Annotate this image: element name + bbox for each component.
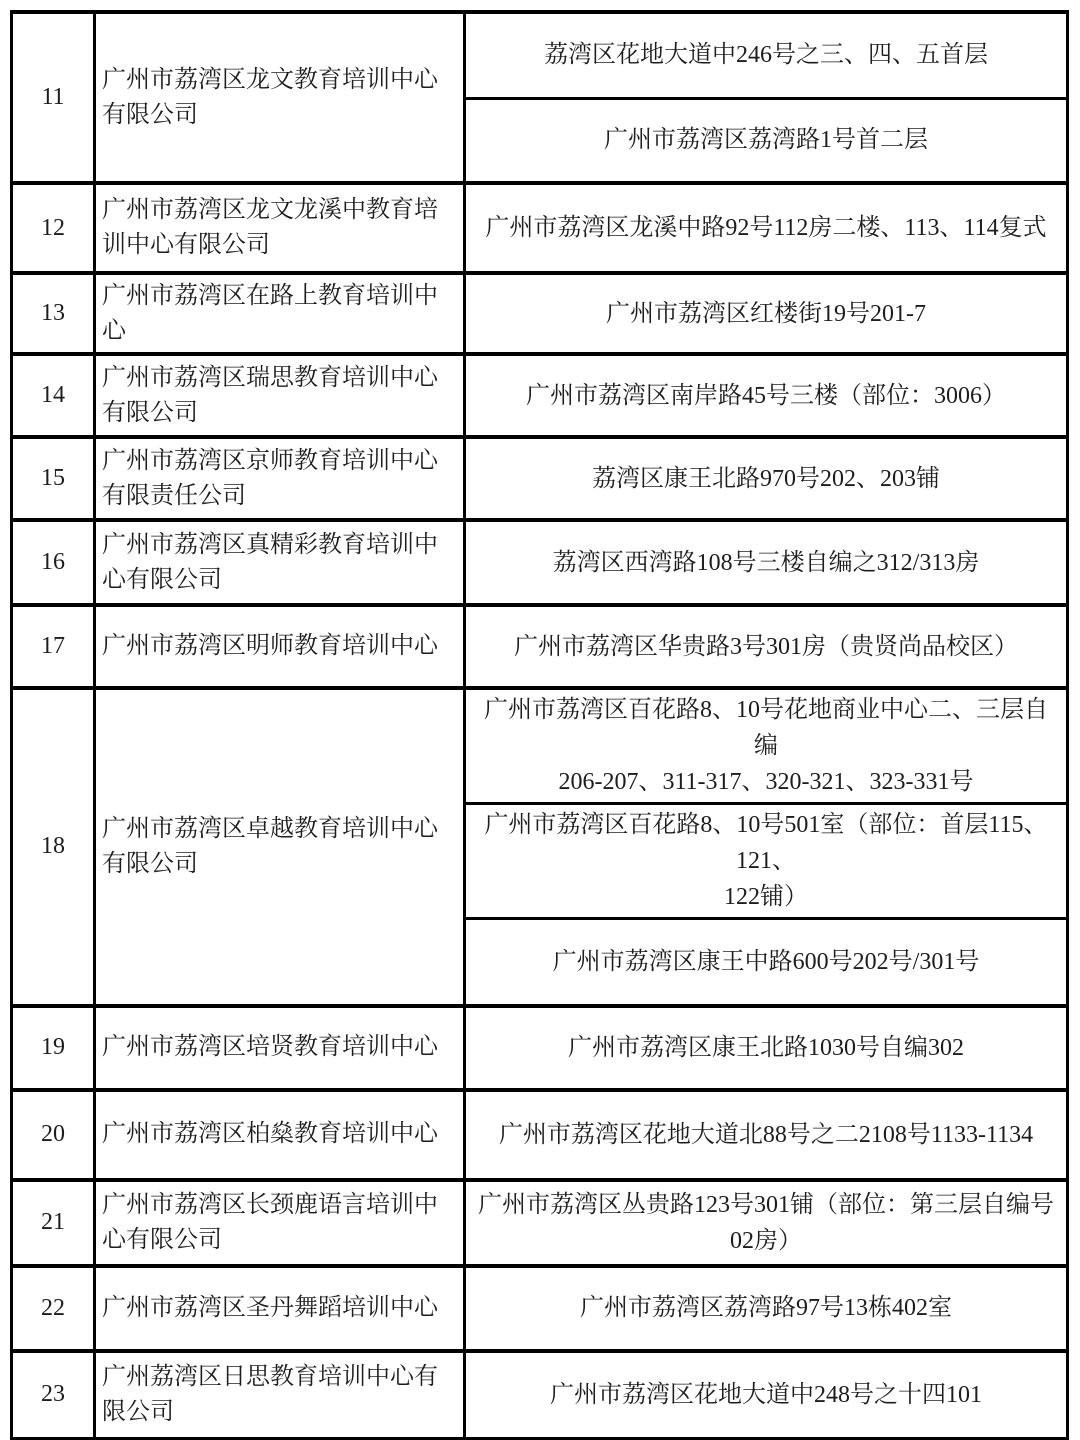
institution-address: 广州市荔湾区百花路8、10号501室（部位：首层115、121、 122铺） [465, 804, 1068, 919]
table-row: 19广州市荔湾区培贤教育培训中心广州市荔湾区康王北路1030号自编302 [12, 1006, 1068, 1090]
institution-name: 广州荔湾区日思教育培训中心有限公司 [95, 1351, 465, 1439]
institution-name: 广州市荔湾区柏燊教育培训中心 [95, 1090, 465, 1180]
institution-name: 广州市荔湾区圣丹舞蹈培训中心 [95, 1266, 465, 1351]
institution-name: 广州市荔湾区真精彩教育培训中心有限公司 [95, 520, 465, 605]
table-row: 21广州市荔湾区长颈鹿语言培训中心有限公司广州市荔湾区丛贵路123号301铺（部… [12, 1180, 1068, 1266]
institution-address: 荔湾区花地大道中246号之三、四、五首层 [465, 12, 1068, 98]
table-row: 22广州市荔湾区圣丹舞蹈培训中心广州市荔湾区荔湾路97号13栋402室 [12, 1266, 1068, 1351]
institution-address: 广州市荔湾区南岸路45号三楼（部位：3006） [465, 354, 1068, 437]
institution-name: 广州市荔湾区培贤教育培训中心 [95, 1006, 465, 1090]
row-number: 13 [12, 273, 95, 354]
institution-address: 广州市荔湾区百花路8、10号花地商业中心二、三层自编 206-207、311-3… [465, 688, 1068, 804]
row-number: 15 [12, 437, 95, 520]
institution-address: 广州市荔湾区花地大道中248号之十四101 [465, 1351, 1068, 1439]
institution-name: 广州市荔湾区长颈鹿语言培训中心有限公司 [95, 1180, 465, 1266]
institution-address: 广州市荔湾区红楼街19号201-7 [465, 273, 1068, 354]
row-number: 19 [12, 1006, 95, 1090]
institution-address: 广州市荔湾区丛贵路123号301铺（部位：第三层自编号 02房） [465, 1180, 1068, 1266]
institution-name: 广州市荔湾区龙文教育培训中心有限公司 [95, 12, 465, 183]
institution-name: 广州市荔湾区在路上教育培训中心 [95, 273, 465, 354]
row-number: 14 [12, 354, 95, 437]
institution-name: 广州市荔湾区明师教育培训中心 [95, 605, 465, 688]
row-number: 18 [12, 688, 95, 1006]
institution-address: 广州市荔湾区龙溪中路92号112房二楼、113、114复式 [465, 183, 1068, 273]
table-row: 15广州市荔湾区京师教育培训中心有限责任公司荔湾区康王北路970号202、203… [12, 437, 1068, 520]
institution-name: 广州市荔湾区龙文龙溪中教育培训中心有限公司 [95, 183, 465, 273]
table-row: 14广州市荔湾区瑞思教育培训中心有限公司广州市荔湾区南岸路45号三楼（部位：30… [12, 354, 1068, 437]
institution-name: 广州市荔湾区京师教育培训中心有限责任公司 [95, 437, 465, 520]
institution-name: 广州市荔湾区卓越教育培训中心有限公司 [95, 688, 465, 1006]
table-row: 18广州市荔湾区卓越教育培训中心有限公司广州市荔湾区百花路8、10号花地商业中心… [12, 688, 1068, 804]
table-row: 17广州市荔湾区明师教育培训中心广州市荔湾区华贵路3号301房（贵贤尚品校区） [12, 605, 1068, 688]
row-number: 17 [12, 605, 95, 688]
institution-address: 广州市荔湾区荔湾路97号13栋402室 [465, 1266, 1068, 1351]
table-row: 20广州市荔湾区柏燊教育培训中心广州市荔湾区花地大道北88号之二2108号113… [12, 1090, 1068, 1180]
document-page: 11广州市荔湾区龙文教育培训中心有限公司荔湾区花地大道中246号之三、四、五首层… [0, 0, 1080, 1440]
table-row: 13广州市荔湾区在路上教育培训中心广州市荔湾区红楼街19号201-7 [12, 273, 1068, 354]
institution-name: 广州市荔湾区瑞思教育培训中心有限公司 [95, 354, 465, 437]
training-institutions-table: 11广州市荔湾区龙文教育培训中心有限公司荔湾区花地大道中246号之三、四、五首层… [10, 10, 1069, 1440]
institution-address: 荔湾区西湾路108号三楼自编之312/313房 [465, 520, 1068, 605]
table-body: 11广州市荔湾区龙文教育培训中心有限公司荔湾区花地大道中246号之三、四、五首层… [12, 12, 1068, 1439]
row-number: 23 [12, 1351, 95, 1439]
row-number: 11 [12, 12, 95, 183]
row-number: 16 [12, 520, 95, 605]
institution-address: 广州市荔湾区花地大道北88号之二2108号1133-1134 [465, 1090, 1068, 1180]
institution-address: 广州市荔湾区康王中路600号202号/301号 [465, 919, 1068, 1006]
institution-address: 广州市荔湾区康王北路1030号自编302 [465, 1006, 1068, 1090]
table-row: 23广州荔湾区日思教育培训中心有限公司广州市荔湾区花地大道中248号之十四101 [12, 1351, 1068, 1439]
row-number: 22 [12, 1266, 95, 1351]
table-row: 12广州市荔湾区龙文龙溪中教育培训中心有限公司广州市荔湾区龙溪中路92号112房… [12, 183, 1068, 273]
institution-address: 荔湾区康王北路970号202、203铺 [465, 437, 1068, 520]
row-number: 12 [12, 183, 95, 273]
institution-address: 广州市荔湾区华贵路3号301房（贵贤尚品校区） [465, 605, 1068, 688]
table-row: 11广州市荔湾区龙文教育培训中心有限公司荔湾区花地大道中246号之三、四、五首层 [12, 12, 1068, 98]
institution-address: 广州市荔湾区荔湾路1号首二层 [465, 98, 1068, 183]
table-row: 16广州市荔湾区真精彩教育培训中心有限公司荔湾区西湾路108号三楼自编之312/… [12, 520, 1068, 605]
row-number: 21 [12, 1180, 95, 1266]
row-number: 20 [12, 1090, 95, 1180]
